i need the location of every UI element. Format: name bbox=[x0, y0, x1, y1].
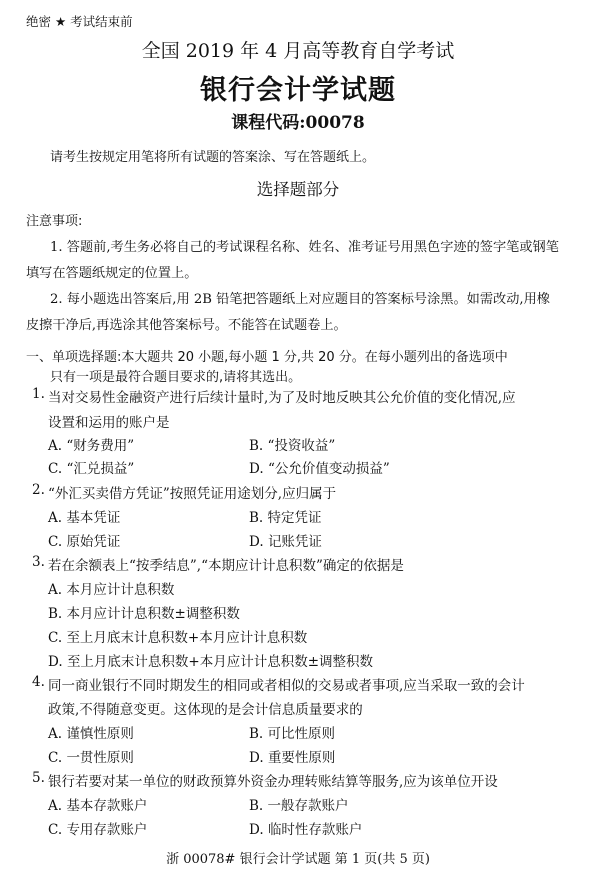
question-1-text-line-1: 当对交易性金融资产进行后续计量时,为了及时地反映其公允价值的变化情况,应 bbox=[48, 386, 516, 406]
note-2-line-1: 2. 每小题选出答案后,用 2B 铅笔把答题纸上对应题目的答案标号涂黑。如需改动… bbox=[50, 288, 550, 307]
question-3-option-a: A. 本月应计计息积数 bbox=[48, 578, 174, 598]
question-1-option-a: A. “财务费用” bbox=[48, 434, 134, 454]
question-1-text-line-2: 设置和运用的账户是 bbox=[48, 411, 170, 431]
answer-instruction: 请考生按规定用笔将所有试题的答案涂、写在答题纸上。 bbox=[50, 146, 375, 165]
course-code: 课程代码:00078 bbox=[0, 108, 596, 133]
question-4-option-b: B. 可比性原则 bbox=[249, 722, 335, 742]
note-2-line-2: 皮擦干净后,再选涂其他答案标号。不能答在试题卷上。 bbox=[26, 314, 347, 333]
question-4-text-line-2: 政策,不得随意变更。这体现的是会计信息质量要求的 bbox=[48, 698, 363, 718]
question-1-option-c: C. “汇兑损益” bbox=[48, 457, 134, 477]
question-4-option-c: C. 一贯性原则 bbox=[48, 746, 134, 766]
question-3-option-c: C. 至上月底末计息积数+本月应计计息积数 bbox=[48, 626, 307, 646]
note-1-line-2: 填写在答题纸规定的位置上。 bbox=[26, 262, 197, 281]
question-1-option-b: B. “投资收益” bbox=[249, 434, 335, 454]
page-footer: 浙 00078# 银行会计学试题 第 1 页(共 5 页) bbox=[0, 848, 596, 867]
question-4-option-d: D. 重要性原则 bbox=[249, 746, 335, 766]
question-3-option-d: D. 至上月底末计息积数+本月应计计息积数±调整积数 bbox=[48, 650, 373, 670]
question-2-option-d: D. 记账凭证 bbox=[249, 530, 322, 550]
question-2-option-a: A. 基本凭证 bbox=[48, 506, 120, 526]
question-4-option-a: A. 谨慎性原则 bbox=[48, 722, 134, 742]
note-1-line-1: 1. 答题前,考生务必将自己的考试课程名称、姓名、准考证号用黑色字迹的签字笔或钢… bbox=[50, 236, 559, 255]
question-2-number: 2. bbox=[32, 482, 45, 498]
notes-heading: 注意事项: bbox=[26, 210, 82, 229]
question-1-number: 1. bbox=[32, 386, 45, 402]
section-title: 选择题部分 bbox=[0, 176, 596, 200]
question-5-option-c: C. 专用存款账户 bbox=[48, 818, 147, 838]
question-3-text-line-1: 若在余额表上“按季结息”,“本期应计计息积数”确定的依据是 bbox=[48, 554, 404, 574]
question-4-text-line-1: 同一商业银行不同时期发生的相同或者相似的交易或者事项,应当采取一致的会计 bbox=[48, 674, 525, 694]
question-2-text-line-1: “外汇买卖借方凭证”按照凭证用途划分,应归属于 bbox=[48, 482, 336, 502]
question-5-text-line-1: 银行若要对某一单位的财政预算外资金办理转账结算等服务,应为该单位开设 bbox=[48, 770, 498, 790]
paper-title: 银行会计学试题 bbox=[0, 68, 596, 107]
question-1-option-d: D. “公允价值变动损益” bbox=[249, 457, 390, 477]
confidential-label: 绝密 ★ 考试结束前 bbox=[26, 12, 133, 30]
part-one-heading-line-2: 只有一项是最符合题目要求的,请将其选出。 bbox=[50, 366, 301, 385]
part-one-heading-line-1: 一、单项选择题:本大题共 20 小题,每小题 1 分,共 20 分。在每小题列出… bbox=[26, 346, 508, 365]
question-4-number: 4. bbox=[32, 674, 45, 690]
question-5-option-b: B. 一般存款账户 bbox=[249, 794, 349, 814]
question-2-option-c: C. 原始凭证 bbox=[48, 530, 120, 550]
question-5-number: 5. bbox=[32, 770, 45, 786]
question-3-number: 3. bbox=[32, 554, 45, 570]
question-2-option-b: B. 特定凭证 bbox=[249, 506, 322, 526]
exam-title: 全国 2019 年 4 月高等教育自学考试 bbox=[0, 36, 596, 63]
question-3-option-b: B. 本月应计计息积数±调整积数 bbox=[48, 602, 240, 622]
question-5-option-d: D. 临时性存款账户 bbox=[249, 818, 362, 838]
question-5-option-a: A. 基本存款账户 bbox=[48, 794, 147, 814]
